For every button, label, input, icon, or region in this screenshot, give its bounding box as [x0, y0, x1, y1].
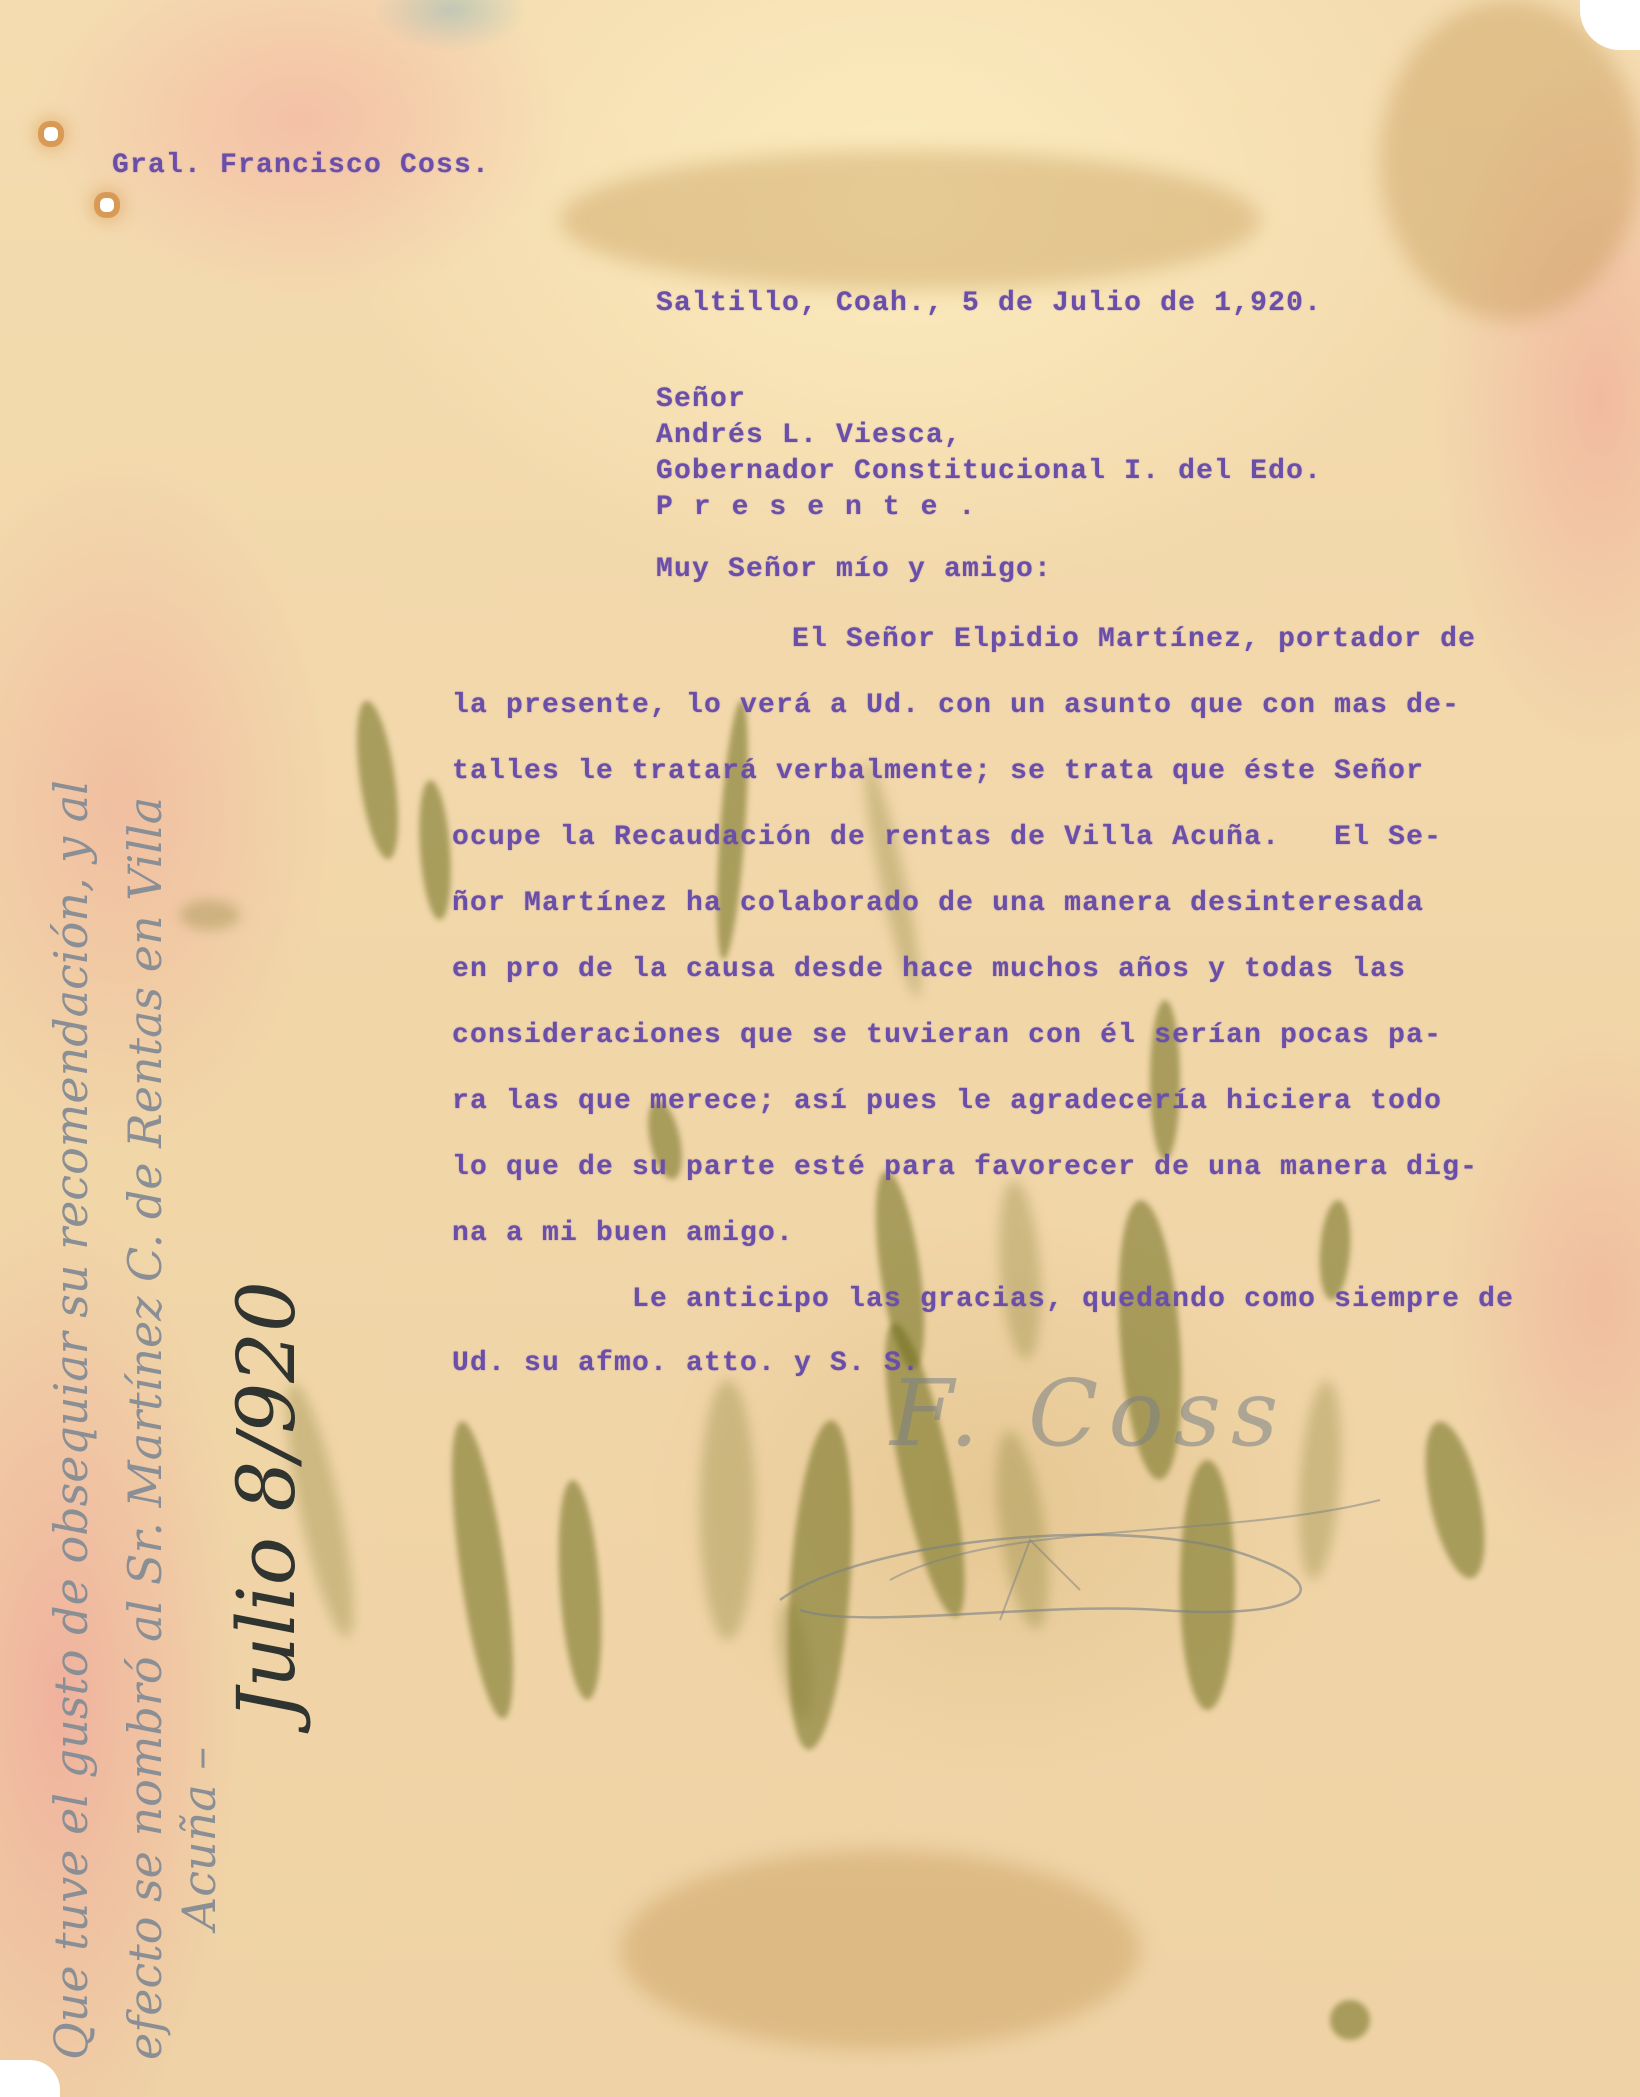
- margin-note-line: Que tuve el gusto de obsequiar su recome…: [44, 780, 98, 2060]
- body-line: consideraciones que se tuvieran con él s…: [452, 1020, 1442, 1051]
- water-stain: [560, 150, 1260, 290]
- paper-hole: [100, 198, 114, 212]
- body-line: la presente, lo verá a Ud. con un asunto…: [452, 690, 1460, 721]
- mold-streak: [994, 1179, 1046, 1361]
- mold-streak: [415, 779, 455, 921]
- water-stain: [1380, 0, 1640, 320]
- body-line: na a mi buen amigo.: [452, 1218, 794, 1249]
- mold-streak: [1414, 1417, 1496, 1584]
- letter-page: Gral. Francisco Coss. Saltillo, Coah., 5…: [0, 0, 1640, 2097]
- margin-note-date: Julio 8/920: [220, 1281, 313, 1720]
- body-line: ra las que merece; así pues le agradecer…: [452, 1086, 1442, 1117]
- recipient-presente: Presente.: [656, 492, 996, 523]
- water-stain: [620, 1850, 1140, 2050]
- body-line: ñor Martínez ha colaborado de una manera…: [452, 888, 1424, 919]
- signature: F. Coss: [890, 1360, 1288, 1467]
- body-line: ocupe la Recaudación de rentas de Villa …: [452, 822, 1442, 853]
- mold-streak: [349, 698, 406, 861]
- paper-tear: [0, 2060, 60, 2097]
- body-line: en pro de la causa desde hace muchos año…: [452, 954, 1406, 985]
- body-line: El Señor Elpidio Martínez, portador de: [792, 624, 1476, 655]
- margin-note-line: Acuña –: [172, 1747, 226, 1930]
- mold-streak: [1329, 1999, 1372, 2042]
- greeting: Muy Señor mío y amigo:: [656, 554, 1052, 585]
- body-line: talles le tratará verbalmente; se trata …: [452, 756, 1424, 787]
- body-line: lo que de su parte esté para favorecer d…: [452, 1152, 1478, 1183]
- paper-hole: [44, 127, 58, 141]
- closing-line: Le anticipo las gracias, quedando como s…: [632, 1284, 1514, 1315]
- margin-note-line: efecto se nombró al Sr. Martínez C. de R…: [118, 797, 172, 2060]
- recipient-position: Gobernador Constitucional I. del Edo.: [656, 456, 1322, 487]
- mold-streak: [439, 1418, 525, 1721]
- sender-line: Gral. Francisco Coss.: [112, 150, 490, 181]
- recipient-title: Señor: [656, 384, 746, 415]
- mold-streak: [552, 1479, 607, 1701]
- mold-streak: [180, 900, 240, 930]
- place-date: Saltillo, Coah., 5 de Julio de 1,920.: [656, 288, 1322, 319]
- recipient-name: Andrés L. Viesca,: [656, 420, 962, 451]
